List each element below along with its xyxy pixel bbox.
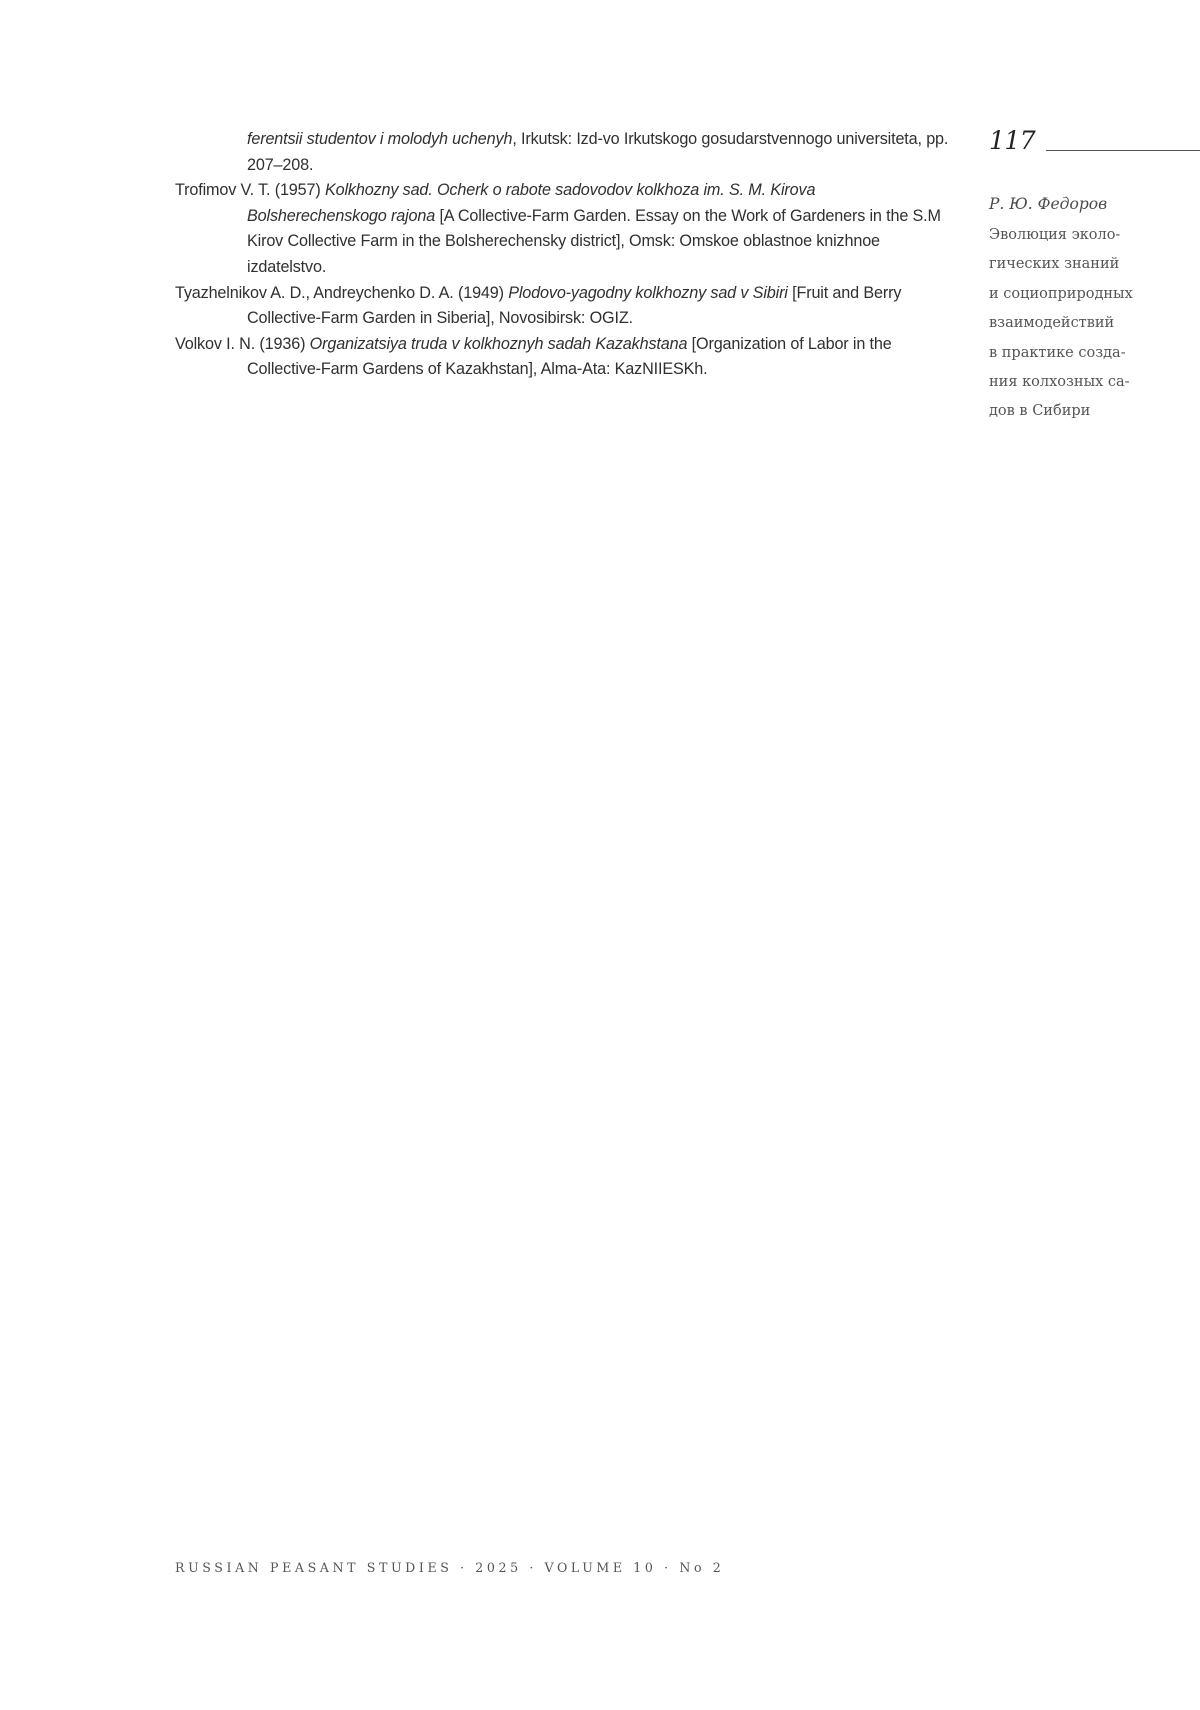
journal-footer: RUSSIAN PEASANT STUDIES · 2025 · VOLUME …	[175, 1560, 724, 1575]
running-head-author: Р. Ю. Федоров	[989, 193, 1169, 215]
reference-entry: Volkov I. N. (1936) Organizatsiya truda …	[175, 332, 955, 383]
running-head-title-line: ния колхозных са-	[989, 368, 1169, 397]
reference-list: ferentsii studentov i molodyh uchenyh, I…	[175, 127, 955, 383]
running-head-title: Эволюция эколо- гических знаний и социоп…	[989, 221, 1169, 427]
reference-title: Organizatsiya truda v kolkhoznyh sadah K…	[310, 335, 688, 353]
reference-title: Plodovo-yagodny kolkhozny sad v Sibiri	[508, 284, 788, 302]
reference-entry: Trofimov V. T. (1957) Kolkhozny sad. Och…	[175, 178, 955, 280]
running-head-title-line: Эволюция эколо-	[989, 221, 1169, 250]
page-number: 117	[989, 126, 1035, 155]
reference-entry: ferentsii studentov i molodyh uchenyh, I…	[175, 127, 955, 178]
page-number-rule	[1046, 150, 1200, 151]
reference-title: ferentsii studentov i molodyh uchenyh	[247, 130, 512, 148]
running-head-title-line: дов в Сибири	[989, 397, 1169, 426]
running-head-title-line: и социоприродных	[989, 280, 1169, 309]
reference-entry: Tyazhelnikov A. D., Andreychenko D. A. (…	[175, 281, 955, 332]
running-head-title-line: гических знаний	[989, 250, 1169, 279]
running-head-sidebar: Р. Ю. Федоров Эволюция эколо- гических з…	[989, 193, 1169, 427]
running-head-title-line: взаимодействий	[989, 309, 1169, 338]
reference-text: Trofimov V. T. (1957)	[175, 181, 325, 199]
reference-text: Volkov I. N. (1936)	[175, 335, 310, 353]
reference-text: Tyazhelnikov A. D., Andreychenko D. A. (…	[175, 284, 508, 302]
running-head-title-line: в практике созда-	[989, 339, 1169, 368]
